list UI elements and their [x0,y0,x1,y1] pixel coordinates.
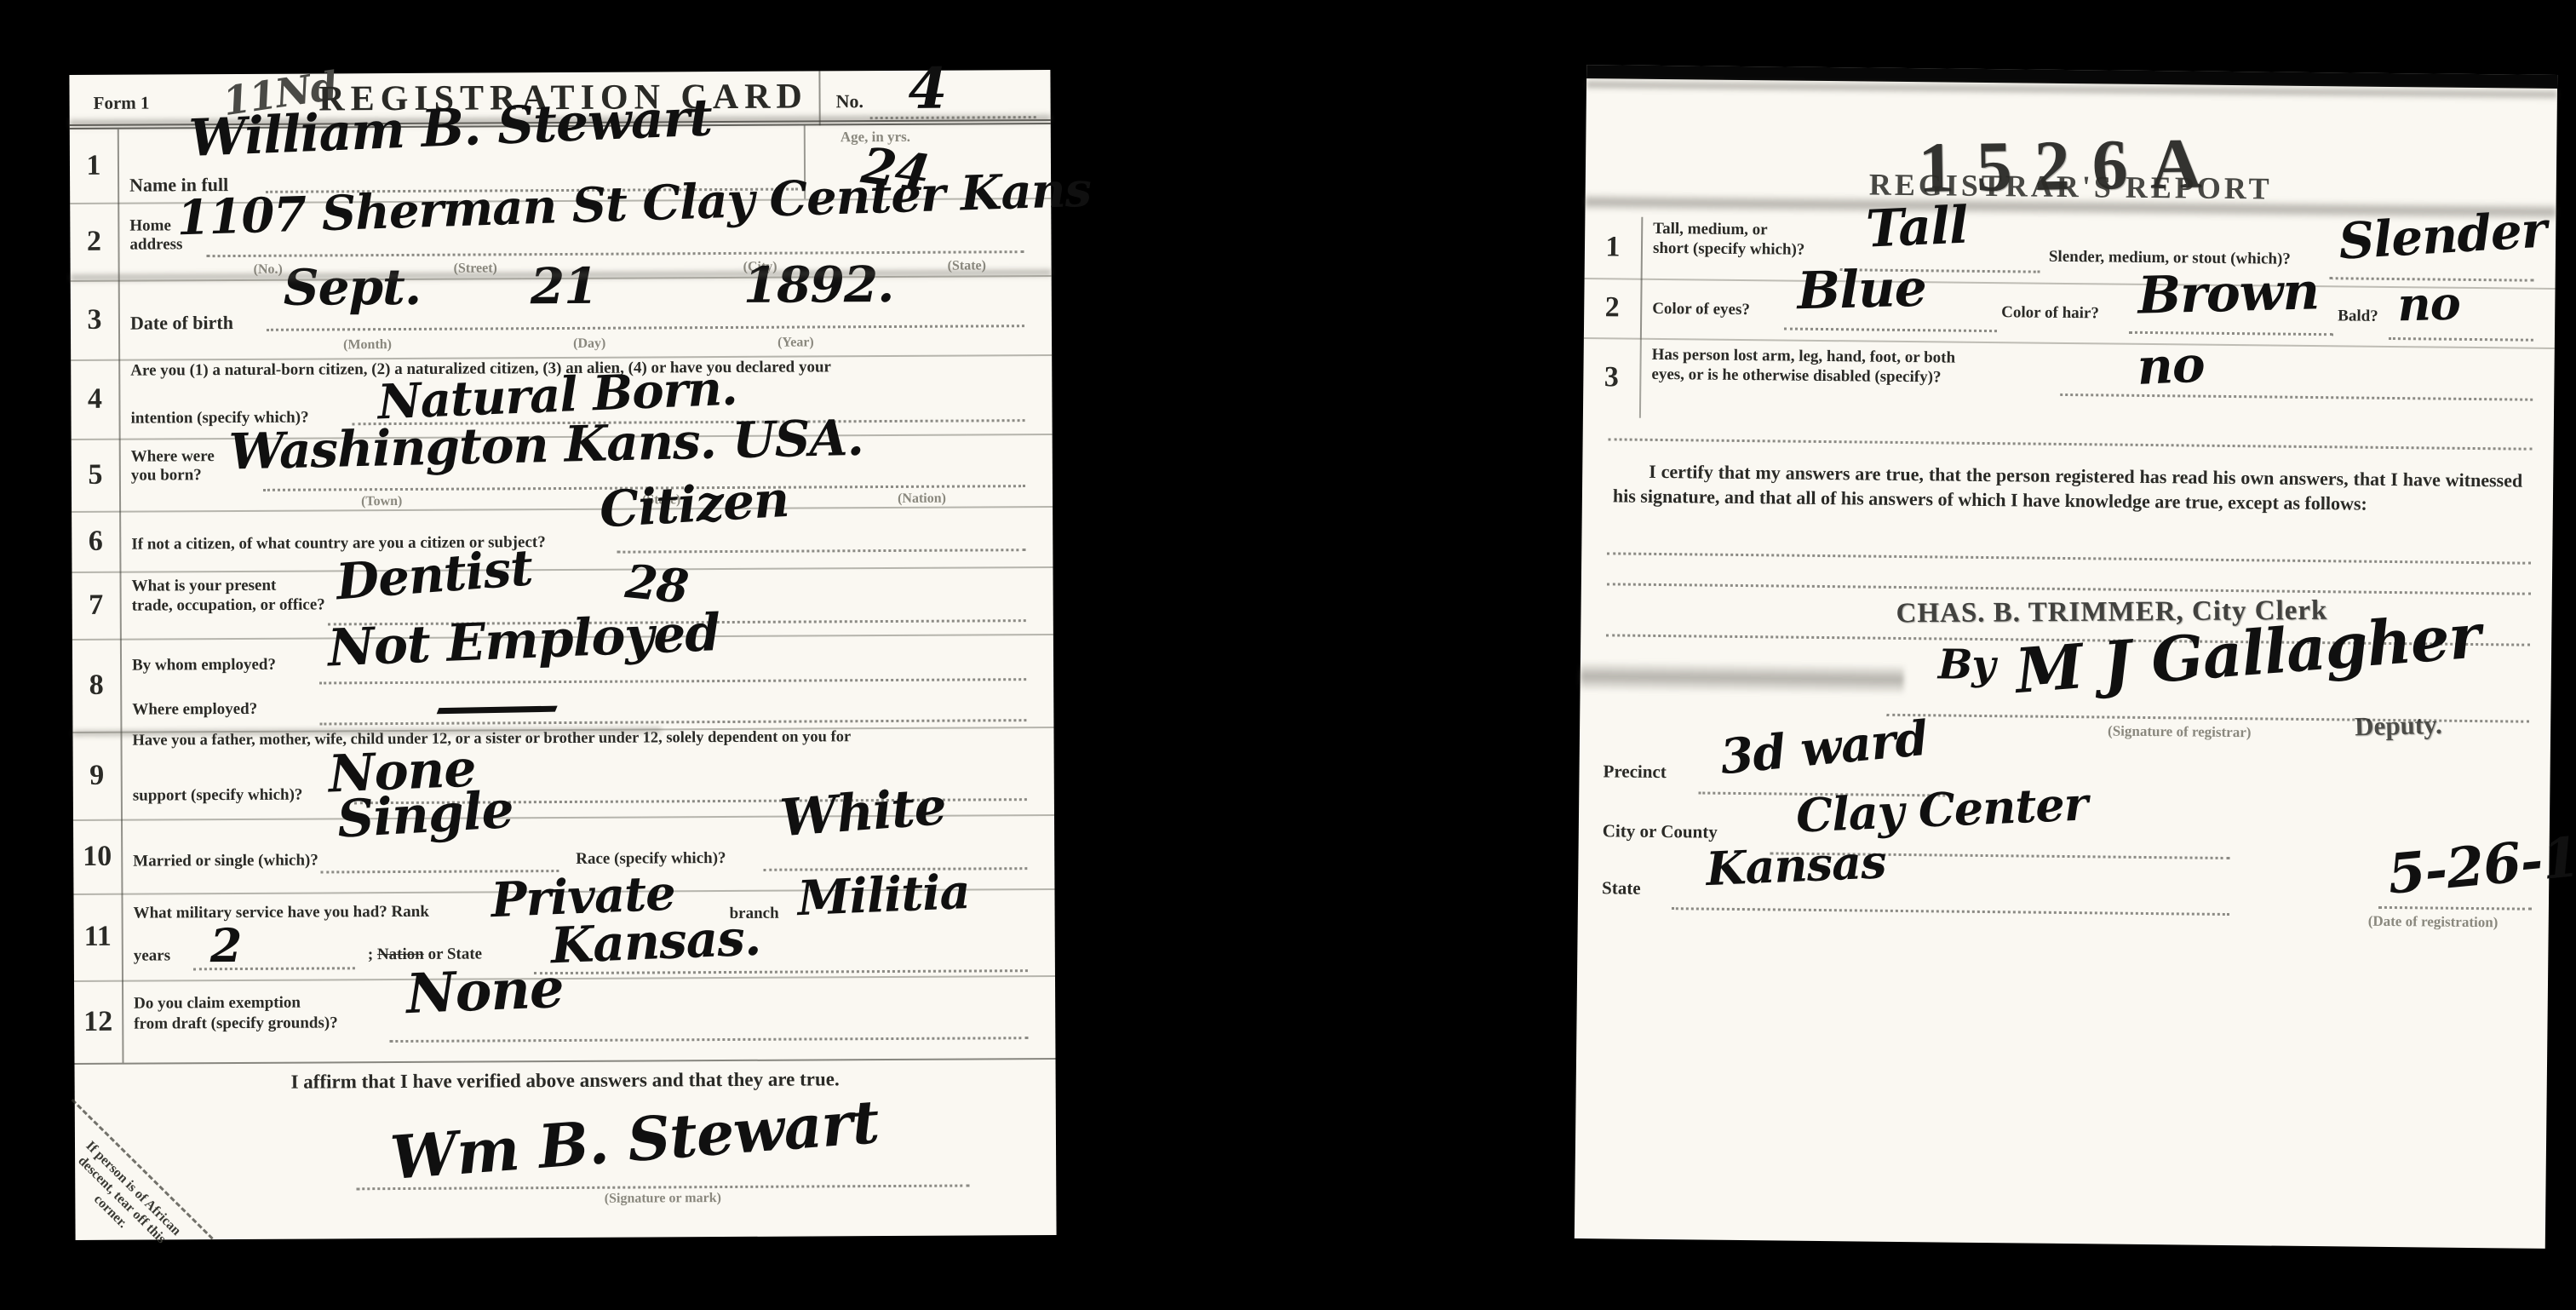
row-number: 3 [1583,337,1642,418]
home-label-line1: Home [129,217,171,235]
registrars-report-back: 1526A REGISTRAR'S REPORT 1 Tall, medium,… [1575,65,2557,1249]
form-number-label: Form 1 [94,94,150,113]
marital-value: Single [336,780,514,850]
height-label-line2: short (specify which)? [1653,240,1805,259]
exemption-value: None [405,957,565,1026]
build-value: Slender [2337,200,2548,270]
sublabel-day: (Day) [573,336,605,352]
occupation-label-line2: trade, occupation, or office? [132,596,325,615]
by-label: By [1938,641,1995,689]
row-exemption: 12 Do you claim exemption from draft (sp… [74,975,1056,1065]
alien-value: Citizen [598,470,790,539]
registrar-signature-caption: (Signature of registrar) [2108,723,2252,742]
where-employed-label: Where employed? [132,701,257,719]
city-county-value: Clay Center [1795,776,2088,842]
scanned-registration-card-photo: Form 1 11Nd REGISTRATION CARD No. 4 1 Na… [0,0,2576,1310]
sublabel-month: (Month) [343,337,392,353]
bald-label: Bald? [2338,307,2378,325]
years-label: years [134,947,170,965]
dob-month: Sept. [284,258,422,317]
sublabel-town: (Town) [361,494,402,509]
state-label: State [1602,878,1641,898]
row-number: 7 [72,572,121,639]
sublabel-nation: (Nation) [898,491,946,507]
row-number: 11 [73,893,123,980]
row-alien-citizenship: 6 If not a citizen, of what country are … [72,506,1053,573]
affirmation-text: I affirm that I have verified above answ… [75,1068,1056,1095]
dob-year: 1892. [743,256,894,314]
row-birthplace: 5 Where were you born? Washington Kans. … [72,434,1053,513]
height-value: Tall [1865,196,1969,260]
dependents-label-line2: support (specify which)? [133,787,303,806]
hair-label: Color of hair? [2001,304,2099,323]
row-military-service: 11 What military service have you had? R… [73,888,1055,982]
eyes-value: Blue [1797,259,1927,322]
signature-caption: (Signature or mark) [356,1190,969,1209]
eyes-label: Color of eyes? [1652,301,1750,319]
registration-date-value: 5-26-17 [2385,822,2576,907]
precinct-label: Precinct [1603,761,1666,781]
row-number: 1 [70,129,119,203]
bald-value: no [2397,276,2461,332]
serial-no-label: No. [836,91,864,112]
row-number: 1 [1585,216,1644,279]
height-label-line1: Tall, medium, or [1653,221,1768,239]
nation-state-value: Kansas. [549,909,761,975]
birthplace-label-line2: you born? [131,467,202,485]
row-date-of-birth: 3 Date of birth Sept. 21 1892. (Month) (… [71,275,1052,361]
row-number: 6 [72,511,121,572]
employer-label: By whom employed? [132,657,276,675]
nation-label-struck: Nation [377,945,424,963]
row-number: 3 [71,280,120,359]
row-number: 12 [74,980,124,1063]
race-value: White [778,777,948,848]
state-value: Kansas [1705,834,1886,896]
certification-text: I certify that my answers are true, that… [1613,458,2523,517]
dob-day: 21 [531,257,598,315]
home-label-line2: address [129,236,182,254]
precinct-value: 3d ward [1718,710,1930,786]
deputy-stamp: Deputy. [2355,710,2442,742]
military-label: What military service have you had? Rank [134,904,429,922]
disability-value: no [2136,336,2206,396]
city-county-label: City or County [1603,821,1718,842]
branch-value: Militia [796,864,971,927]
years-value: 2 [210,918,242,973]
hair-value: Brown [2137,261,2320,325]
serial-no-value: 4 [908,55,946,122]
row-number: 4 [71,359,120,439]
exemption-label-line2: from draft (specify grounds)? [134,1014,338,1033]
row-number: 2 [70,203,119,280]
row-employer: 8 By whom employed? Not Employed Where e… [72,634,1054,733]
exemption-label-line1: Do you claim exemption [134,995,301,1014]
row-number: 10 [73,819,123,893]
row-disability: 3 Has person lost arm, leg, hand, foot, … [1583,337,2555,428]
row-number: 8 [72,639,123,732]
row-number: 5 [72,439,121,511]
dob-label: Date of birth [130,313,233,333]
registration-date-caption: (Date of registration) [2368,913,2499,932]
separator: ; [368,945,373,963]
registrant-signature: Wm B. Stewart [388,1086,881,1193]
row-number: 9 [72,732,123,819]
occupation-label-line1: What is your present [132,577,277,595]
marital-label: Married or single (which)? [133,853,318,871]
registration-card-front: Form 1 11Nd REGISTRATION CARD No. 4 1 Na… [69,70,1056,1240]
birthplace-label-line1: Where were [131,448,215,466]
sublabel-year: (Year) [777,335,814,350]
disability-label-line2: eyes, or is he otherwise disabled (speci… [1651,366,1941,387]
disability-label-line1: Has person lost arm, leg, hand, foot, or… [1652,347,1956,367]
row-number: 2 [1584,278,1643,338]
